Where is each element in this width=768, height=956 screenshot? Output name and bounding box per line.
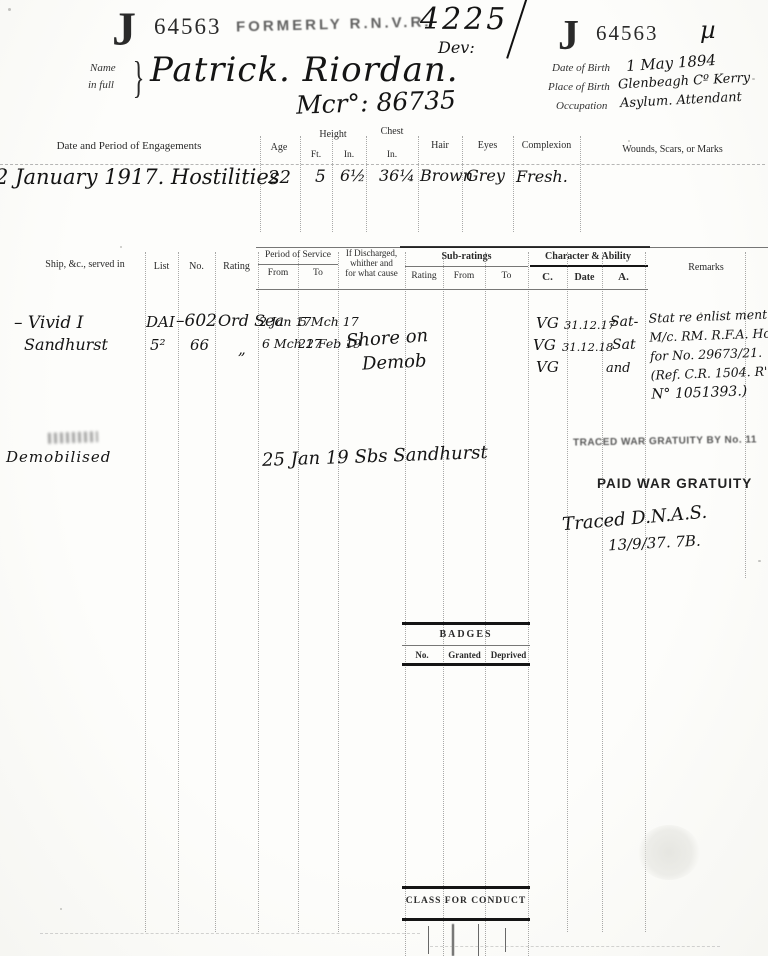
conduct-rule-tick bbox=[452, 924, 454, 956]
col-rating: Rating bbox=[215, 261, 258, 272]
subratings-underline bbox=[405, 266, 528, 267]
badges-bottom-rule bbox=[402, 663, 530, 666]
scan-noise-line bbox=[40, 933, 420, 934]
ability-row3: and bbox=[606, 361, 630, 376]
badges-col-no: No. bbox=[402, 650, 442, 660]
column-rule bbox=[300, 136, 301, 232]
traced-note-line1: Traced D.N.A.S. bbox=[561, 502, 708, 536]
conduct-top-rule bbox=[402, 886, 530, 889]
service-header-bottom-rule bbox=[256, 289, 648, 290]
name-value: Patrick. Riordan. bbox=[150, 50, 459, 90]
column-rule bbox=[443, 252, 444, 956]
scan-speck bbox=[8, 8, 11, 11]
badges-top-rule bbox=[402, 622, 530, 625]
remarks-block: Stat re enlist ment to M/c. RM. R.F.A. H… bbox=[648, 305, 768, 406]
col-a: A. bbox=[602, 271, 645, 283]
ability-row1: Sat- bbox=[610, 314, 638, 330]
to-row1: 5 Mch 17 bbox=[299, 314, 359, 329]
col-complexion: Complexion bbox=[513, 140, 580, 151]
pen-slash bbox=[506, 0, 528, 59]
col-list: List bbox=[145, 261, 178, 272]
column-rule bbox=[258, 252, 259, 932]
ship-row2: Sandhurst bbox=[24, 335, 108, 354]
column-rule bbox=[513, 136, 514, 232]
column-rule bbox=[145, 252, 146, 932]
scan-watermark-blob bbox=[638, 825, 700, 880]
remarks-line: N° 1051393.) bbox=[651, 381, 768, 406]
ship-row1: – Vivid I bbox=[14, 313, 83, 333]
right-service-letter: J bbox=[558, 12, 579, 60]
service-top-rule-dark bbox=[400, 246, 650, 248]
character-row2: VG bbox=[533, 336, 556, 354]
pob-label: Place of Birth bbox=[548, 81, 610, 93]
conduct-title: CLASS FOR CONDUCT bbox=[402, 896, 530, 906]
date-row1: 31.12.17 bbox=[564, 318, 615, 332]
character-underline bbox=[530, 265, 648, 267]
conduct-bottom-rule bbox=[402, 918, 530, 921]
list-row2: 5² bbox=[150, 336, 166, 354]
no-row1: –602 bbox=[176, 311, 217, 331]
col-discharged-3: for what cause bbox=[338, 268, 405, 278]
column-rule bbox=[602, 252, 603, 932]
col-chest-in: In. bbox=[366, 150, 418, 160]
list-row1: DAI bbox=[146, 313, 175, 331]
formerly-rnvr-stamp: FORMERLY R.N.V.R. bbox=[236, 13, 432, 35]
engagement-entry: 2 January 1917. Hostilities bbox=[0, 165, 280, 189]
col-sub-rating: Rating bbox=[405, 271, 443, 281]
right-pen-mark: µ bbox=[700, 16, 716, 44]
column-rule bbox=[178, 252, 179, 932]
scan-speck bbox=[752, 78, 755, 80]
former-number-handwritten: 4225 bbox=[420, 2, 508, 37]
col-discharged-2: whither and bbox=[338, 258, 405, 268]
col-from: From bbox=[258, 268, 298, 278]
col-ship: Ship, &c., served in bbox=[25, 259, 145, 270]
column-rule bbox=[366, 136, 367, 232]
secondary-number: Mcr°: 86735 bbox=[296, 85, 457, 120]
date-row2: 31.12.18 bbox=[562, 340, 613, 354]
column-rule bbox=[418, 136, 419, 232]
name-brace: } bbox=[133, 52, 145, 103]
occupation-label: Occupation bbox=[556, 100, 607, 112]
scan-noise-line bbox=[430, 946, 720, 947]
scan-speck bbox=[120, 246, 122, 248]
col-height-in: In. bbox=[332, 150, 366, 160]
chest-value: 36¼ bbox=[379, 166, 415, 185]
scan-speck bbox=[700, 312, 702, 315]
col-sub-to: To bbox=[485, 271, 528, 281]
conduct-rule-tick bbox=[505, 928, 506, 952]
col-no: No. bbox=[178, 261, 215, 272]
height-in-value: 6½ bbox=[340, 166, 366, 185]
col-sub-from: From bbox=[443, 271, 485, 281]
character-row3: VG bbox=[536, 358, 559, 376]
col-height-ft: Ft. bbox=[300, 150, 332, 160]
conduct-rule-tick bbox=[428, 926, 429, 954]
right-service-number: 64563 bbox=[596, 21, 659, 46]
badges-col-granted: Granted bbox=[442, 650, 487, 660]
left-service-number: 64563 bbox=[154, 14, 222, 40]
column-rule bbox=[215, 252, 216, 932]
complexion-value: Fresh. bbox=[516, 167, 568, 186]
col-engagements: Date and Period of Engagements bbox=[0, 140, 258, 152]
character-row1: VG bbox=[536, 314, 559, 332]
col-height: Height bbox=[300, 129, 366, 140]
column-rule bbox=[528, 252, 529, 956]
col-discharged-1: If Discharged, bbox=[338, 248, 405, 258]
col-wounds: Wounds, Scars, or Marks bbox=[580, 144, 765, 155]
height-ft-value: 5 bbox=[315, 167, 326, 187]
column-rule bbox=[338, 252, 339, 932]
col-age: Age bbox=[258, 142, 300, 153]
illegible-stamp-smudge bbox=[48, 431, 98, 444]
col-c: C. bbox=[528, 271, 567, 283]
scan-speck bbox=[758, 560, 761, 562]
col-eyes: Eyes bbox=[462, 140, 513, 151]
column-rule bbox=[485, 252, 486, 956]
rating-row2-ditto: „ bbox=[238, 340, 246, 358]
col-to: To bbox=[298, 268, 338, 278]
demobilised-note: Demobilised bbox=[6, 448, 111, 466]
dob-label: Date of Birth bbox=[552, 62, 610, 74]
column-rule bbox=[745, 252, 746, 578]
column-rule bbox=[567, 252, 568, 932]
column-rule bbox=[332, 136, 333, 232]
column-rule bbox=[298, 252, 299, 932]
scan-speck bbox=[60, 908, 62, 910]
discharge-line1: Shore on bbox=[345, 325, 428, 352]
dob-value: 1 May 1894 bbox=[625, 51, 716, 75]
traced-war-gratuity-stamp: TRACED WAR GRATUITY BY No. 11 bbox=[573, 434, 757, 448]
occupation-value: Asylum. Attendant bbox=[620, 90, 742, 111]
col-subratings: Sub-ratings bbox=[405, 251, 528, 262]
badges-title: BADGES bbox=[402, 629, 530, 640]
paid-war-gratuity-stamp: PAID WAR GRATUITY bbox=[597, 476, 752, 491]
badges-mid-rule bbox=[402, 645, 530, 646]
name-label-line1: Name bbox=[90, 62, 116, 74]
scan-speck bbox=[628, 140, 630, 142]
col-hair: Hair bbox=[418, 140, 462, 151]
left-service-letter: J bbox=[112, 2, 136, 57]
col-date: Date bbox=[567, 272, 602, 283]
column-rule bbox=[580, 136, 581, 232]
col-character-ability: Character & Ability bbox=[528, 251, 648, 262]
eyes-value: Grey bbox=[466, 166, 505, 185]
badges-col-deprived: Deprived bbox=[487, 650, 530, 660]
name-label-line2: in full bbox=[88, 79, 114, 91]
age-value: 22 bbox=[268, 167, 291, 188]
discharge-line2: Demob bbox=[361, 350, 427, 374]
column-rule bbox=[645, 252, 646, 932]
service-record-document: J 64563 FORMERLY R.N.V.R. 4225 Dev: J 64… bbox=[0, 0, 768, 956]
traced-note-line2: 13/9/37. 7B. bbox=[608, 532, 702, 555]
conduct-rule-tick bbox=[478, 924, 479, 956]
col-chest: Chest bbox=[366, 126, 418, 137]
demob-entry: 25 Jan 19 Sbs Sandhurst bbox=[262, 442, 488, 471]
no-row2: 66 bbox=[190, 336, 209, 354]
ability-row2: Sat bbox=[612, 337, 636, 353]
